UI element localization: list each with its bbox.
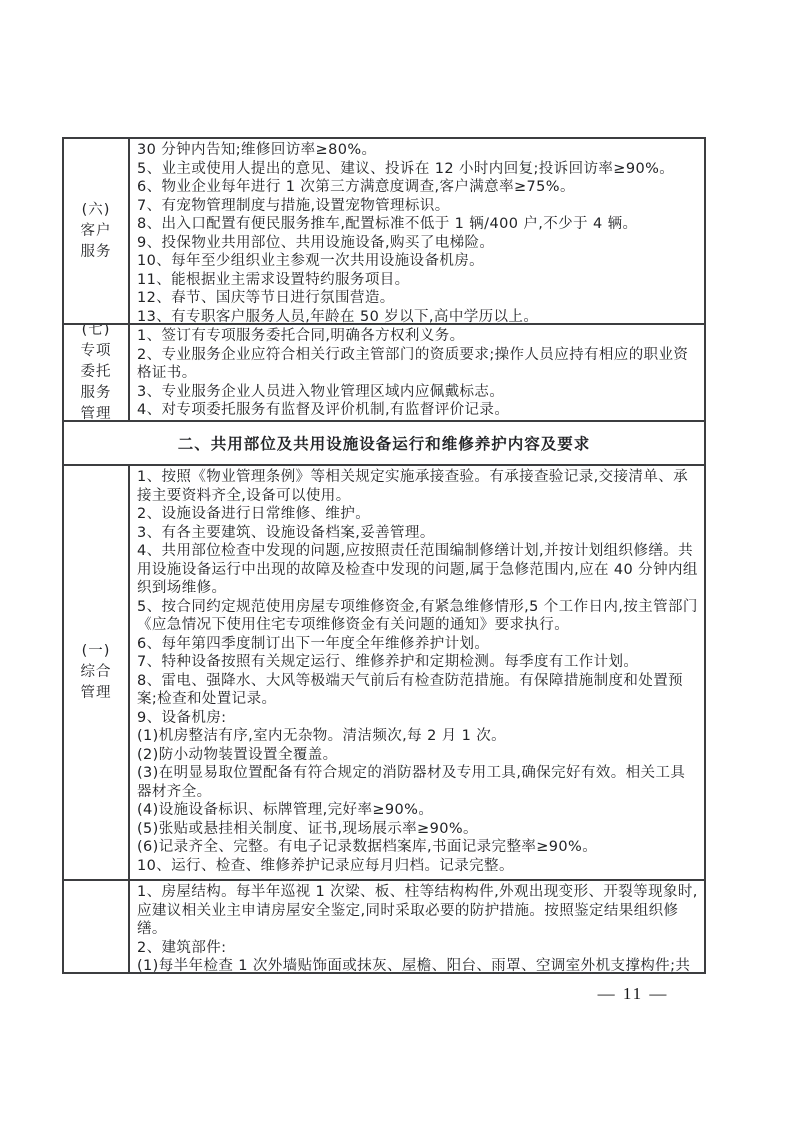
item-text: 4、共用部位检查中发现的问题,应按照责任范围编制修缮计划,并按计划组织修缮。共用…: [137, 542, 700, 598]
table-row-special-entrusted-service: (七) 专项 委托 服务 管理 1、签订有专项服务委托合同,明确各方权利义务。 …: [64, 323, 704, 420]
row-label-comprehensive-management: (一) 综合 管理: [64, 466, 130, 879]
item-text: 5、业主或使用人提出的意见、建议、投诉在 12 小时内回复;投诉回访率≥90%。: [137, 160, 700, 179]
label-line: 客户: [81, 221, 112, 242]
item-text: 11、能根据业主需求设置特约服务项目。: [137, 271, 700, 290]
item-text: 2、设施设备进行日常维修、维护。: [137, 505, 700, 524]
item-text: 3、专业服务企业人员进入物业管理区域内应佩戴标志。: [137, 383, 700, 402]
item-text: 10、每年至少组织业主参观一次共用设施设备机房。: [137, 252, 700, 271]
label-line: (七): [82, 325, 111, 341]
page-number: — 11 —: [588, 984, 678, 1004]
item-text: 3、有各主要建筑、设施设备档案,妥善管理。: [137, 524, 700, 543]
label-line: 服务: [81, 242, 112, 263]
item-text: 8、出入口配置有便民服务推车,配置标准不低于 1 辆/400 户,不少于 4 辆…: [137, 215, 700, 234]
row-content-special-entrusted-service: 1、签订有专项服务委托合同,明确各方权利义务。 2、专业服务企业应符合相关行政主…: [130, 325, 704, 420]
label-line: 委托: [81, 362, 112, 383]
label-line: 管理: [81, 683, 112, 704]
section-header-title: 二、共用部位及共用设施设备运行和维修养护内容及要求: [178, 432, 591, 454]
item-text: 2、专业服务企业应符合相关行政主管部门的资质要求;操作人员应持有相应的职业资格证…: [137, 346, 700, 383]
item-text: 1、房屋结构。每半年巡视 1 次梁、板、柱等结构构件,外观出现变形、开裂等现象时…: [137, 883, 700, 939]
item-text: 1、签订有专项服务委托合同,明确各方权利义务。: [137, 327, 700, 346]
item-text: 8、雷电、强降水、大风等极端天气前后有检查防范措施。有保障措施制度和处置预案;检…: [137, 672, 700, 709]
item-text: 10、运行、检查、维修养护记录应每月归档。记录完整。: [137, 857, 700, 876]
label-line: 综合: [81, 662, 112, 683]
table-row-comprehensive-management: (一) 综合 管理 1、按照《物业管理条例》等相关规定实施承接查验。有承接查验记…: [64, 464, 704, 879]
table-row-customer-service: (六) 客户 服务 30 分钟内告知;维修回访率≥80%。 5、业主或使用人提出…: [64, 139, 704, 323]
item-text: 2、建筑部件:: [137, 939, 700, 958]
row-content-building-structure: 1、房屋结构。每半年巡视 1 次梁、板、柱等结构构件,外观出现变形、开裂等现象时…: [130, 881, 704, 972]
item-text: (1)机房整洁有序,室内无杂物。清洁频次,每 2 月 1 次。: [137, 727, 700, 746]
row-content-comprehensive-management: 1、按照《物业管理条例》等相关规定实施承接查验。有承接查验记录,交接清单、承接主…: [130, 466, 704, 879]
label-line: (一): [82, 641, 111, 662]
item-text: 30 分钟内告知;维修回访率≥80%。: [137, 141, 700, 160]
item-text: (5)张贴或悬挂相关制度、证书,现场展示率≥90%。: [137, 820, 700, 839]
service-standards-table: (六) 客户 服务 30 分钟内告知;维修回访率≥80%。 5、业主或使用人提出…: [62, 137, 706, 974]
item-text: (2)防小动物装置设置全覆盖。: [137, 746, 700, 765]
row-label-special-entrusted-service: (七) 专项 委托 服务 管理: [64, 325, 130, 420]
item-text: (1)每半年检查 1 次外墙贴饰面或抹灰、屋檐、阳台、雨罩、空调室外机支撑构件;…: [137, 957, 700, 972]
item-text: 9、设备机房:: [137, 709, 700, 728]
item-text: (6)记录齐全、完整。有电子记录数据档案库,书面记录完整率≥90%。: [137, 838, 700, 857]
item-text: 9、投保物业共用部位、共用设施设备,购买了电梯险。: [137, 234, 700, 253]
item-text: 13、有专职客户服务人员,年龄在 50 岁以下,高中学历以上。: [137, 308, 700, 324]
item-text: (3)在明显易取位置配备有符合规定的消防器材及专用工具,确保完好有效。相关工具器…: [137, 764, 700, 801]
item-text: 5、按合同约定规范使用房屋专项维修资金,有紧急维修情形,5 个工作日内,按主管部…: [137, 598, 700, 635]
item-text: 7、特种设备按照有关规定运行、维修养护和定期检测。每季度有工作计划。: [137, 653, 700, 672]
item-text: (4)设施设备标识、标牌管理,完好率≥90%。: [137, 801, 700, 820]
item-text: 4、对专项委托服务有监督及评价机制,有监督评价记录。: [137, 401, 700, 420]
label-line: 服务: [81, 383, 112, 404]
item-text: 12、春节、国庆等节日进行氛围营造。: [137, 289, 700, 308]
item-text: 7、有宠物管理制度与措施,设置宠物管理标识。: [137, 197, 700, 216]
table-row-building-structure: 1、房屋结构。每半年巡视 1 次梁、板、柱等结构构件,外观出现变形、开裂等现象时…: [64, 879, 704, 972]
label-line: (六): [82, 200, 111, 221]
item-text: 6、每年第四季度制订出下一年度全年维修养护计划。: [137, 635, 700, 654]
label-line: 管理: [81, 404, 112, 420]
label-line: 专项: [81, 341, 112, 362]
item-text: 6、物业企业每年进行 1 次第三方满意度调查,客户满意率≥75%。: [137, 178, 700, 197]
row-label-empty: [64, 881, 130, 972]
row-content-customer-service: 30 分钟内告知;维修回访率≥80%。 5、业主或使用人提出的意见、建议、投诉在…: [130, 139, 704, 323]
item-text: 1、按照《物业管理条例》等相关规定实施承接查验。有承接查验记录,交接清单、承接主…: [137, 468, 700, 505]
row-label-customer-service: (六) 客户 服务: [64, 139, 130, 323]
section-header-row: 二、共用部位及共用设施设备运行和维修养护内容及要求: [64, 420, 704, 464]
